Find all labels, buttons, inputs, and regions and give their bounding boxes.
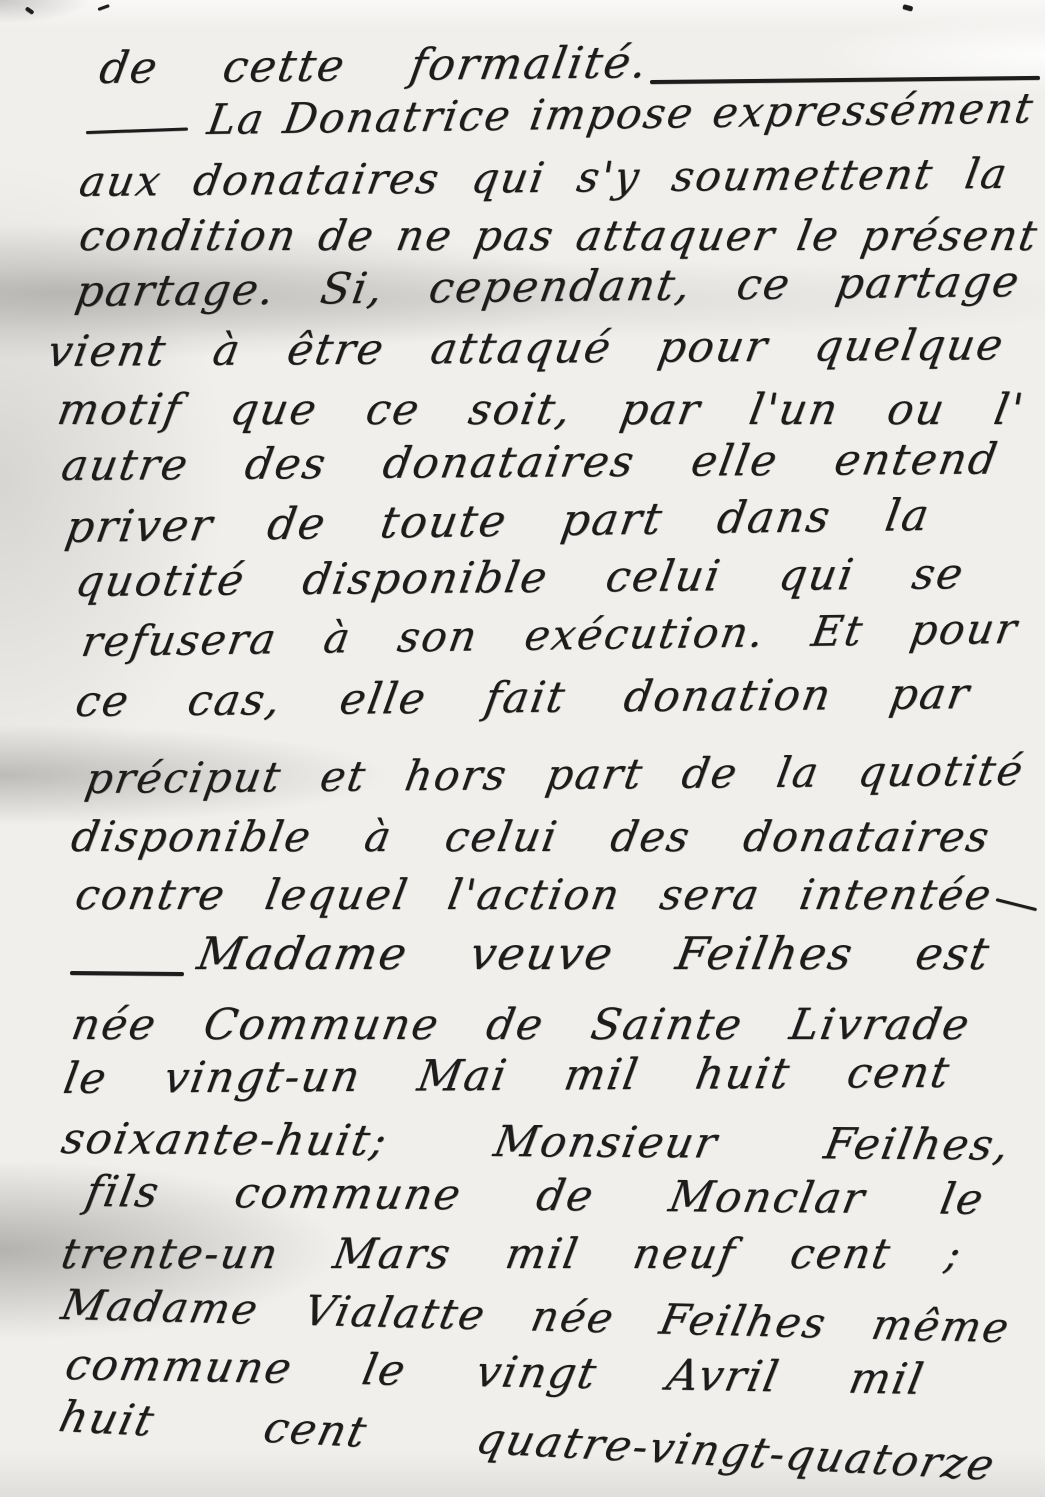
ink-speck [97,4,109,11]
handwritten-line-23: commune le vingt Avril mil [61,1341,928,1405]
handwritten-line-10: quotité disponible celui qui se [72,550,968,607]
ink-rule-after-line-1 [650,76,1040,84]
handwritten-line-21: trente-un Mars mil neuf cent ; [58,1230,967,1278]
handwritten-line-17: née Commune de Sainte Livrade [68,1001,975,1050]
handwritten-line-12: ce cas, elle fait donation par [72,670,974,727]
ink-speck [25,6,35,14]
handwritten-line-14: disponible à celui des donataires [68,813,995,861]
handwritten-line-18: le vingt-un Mai mil huit cent [60,1049,954,1105]
handwritten-line-7: motif que ce soit, par l'un ou l' [54,386,1029,435]
handwritten-line-24: huit cent quatre-vingt-quatorze [54,1393,1000,1491]
ink-dash-before-line-16 [70,971,184,976]
handwritten-line-9: priver de toute part dans la [62,491,934,554]
ink-speck [902,4,913,11]
handwritten-line-11: refusera à son exécution. Et pour [78,605,1022,666]
handwritten-line-19: soixante-huit; Monsieur Feilhes, [57,1115,1014,1171]
handwritten-line-15: contre lequel l'action sera intentée [72,871,997,919]
ink-dash-before-line-2 [86,127,188,134]
handwritten-line-5: partage. Si, cependant, ce partage [72,258,1024,317]
handwritten-line-3: aux donataires qui s'y soumettent la [76,150,1012,206]
handwritten-line-4: condition de ne pas attaquer le présent [76,212,1043,260]
handwritten-line-20: fils commune de Monclar le [81,1168,988,1225]
scanned-manuscript-page: de cette formalité. La Donatrice impose … [0,0,1045,1497]
handwritten-line-6: vient à être attaqué pour quelque [44,321,1008,377]
handwritten-line-1: de cette formalité. [96,38,652,94]
handwritten-line-2: La Donatrice impose expressément [204,84,1038,144]
handwritten-line-16: Madame veuve Feilhes est [193,928,994,980]
ink-dash-after-line-15 [996,898,1037,911]
handwritten-line-13: préciput et hors part de la quotité [82,747,1028,804]
handwritten-line-8: autre des donataires elle entend [58,435,1002,491]
